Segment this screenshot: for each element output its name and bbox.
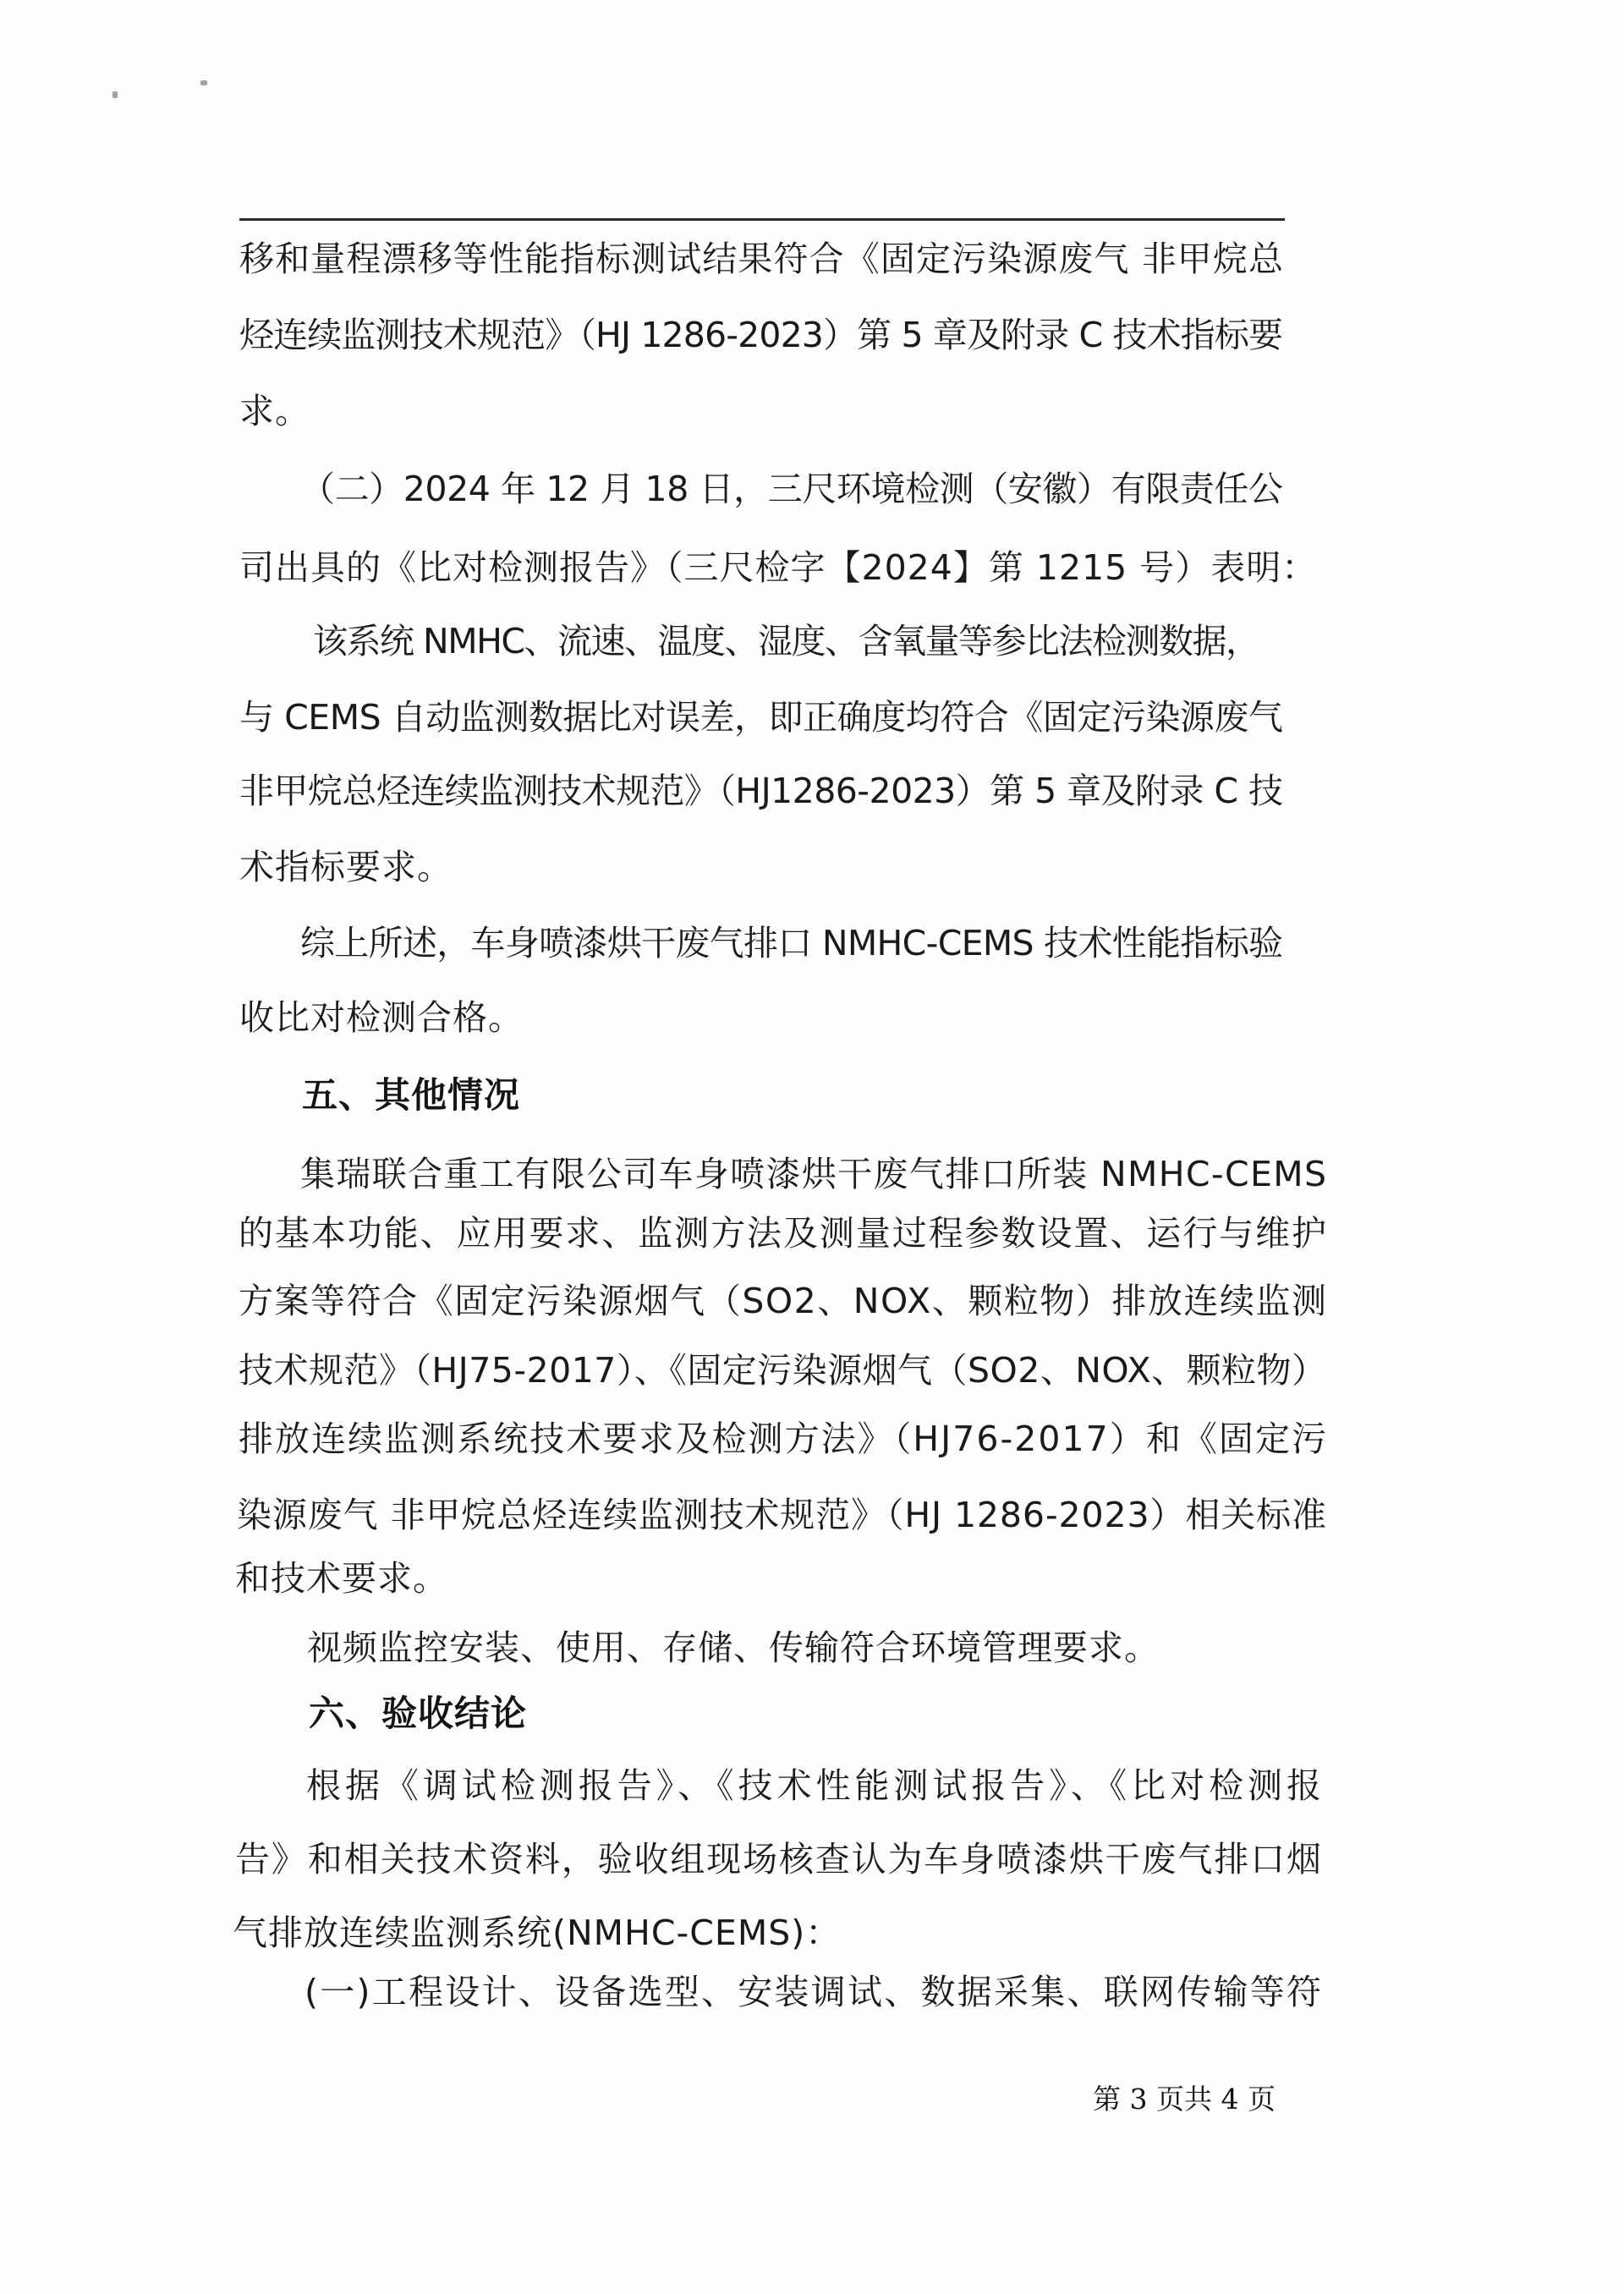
body-text-line: 根据《调试检测报告》、《技术性能测试报告》、《比对检测报 (306, 1766, 1325, 1805)
body-text-line: 司出具的《比对检测报告》（三尺检字【2024】第 1215 号）表明： (239, 548, 1317, 587)
body-text-line: 烃连续监测技术规范》（HJ 1286-2023）第 5 章及附录 C 技术指标要 (239, 316, 1282, 354)
scan-speck (200, 80, 207, 85)
body-text-line: 与 CEMS 自动监测数据比对误差，即正确度均符合《固定污染源废气 (239, 698, 1283, 737)
body-text-line: 集瑞联合重工有限公司车身喷漆烘干废气排口所装 NMHC-CEMS (300, 1155, 1327, 1194)
body-text-line: 气排放连续监测系统(NMHC-CEMS)： (233, 1913, 841, 1952)
body-text-line: 告》和相关技术资料，验收组现场核查认为车身喷漆烘干废气排口烟 (235, 1840, 1323, 1879)
body-text-line: 排放连续监测系统技术要求及检测方法》（HJ76-2017）和《固定污 (239, 1419, 1328, 1458)
body-text-line: 和技术要求。 (235, 1559, 448, 1598)
body-text-line: 移和量程漂移等性能指标测试结果符合《固定污染源废气 非甲烷总 (239, 239, 1284, 278)
body-text-line: 的基本功能、应用要求、监测方法及测量过程参数设置、运行与维护 (239, 1214, 1328, 1253)
body-text-line: 非甲烷总烃连续监测技术规范》（HJ1286-2023）第 5 章及附录 C 技 (239, 771, 1282, 810)
scan-speck (112, 91, 118, 98)
body-text-line: 收比对检测合格。 (239, 998, 524, 1037)
body-text-line: 视频监控安装、使用、存储、传输符合环境管理要求。 (307, 1628, 1160, 1667)
body-text-line: 技术规范》（HJ75-2017）、《固定污染源烟气（SO2、NOX、颗粒物） (239, 1351, 1326, 1390)
section-heading: 六、验收结论 (309, 1694, 527, 1733)
body-text-line: 术指标要求。 (239, 848, 453, 886)
body-text-line: 方案等符合《固定污染源烟气（SO2、NOX、颗粒物）排放连续监测 (239, 1281, 1328, 1320)
body-text-line: 综上所述，车身喷漆烘干废气排口 NMHC-CEMS 技术性能指标验 (300, 924, 1282, 963)
body-text-line: 求。 (239, 392, 310, 431)
body-text-line: 该系统 NMHC、流速、温度、湿度、含氧量等参比法检测数据， (313, 622, 1259, 661)
page-indicator: 第 3 页共 4 页 (1093, 2081, 1276, 2118)
body-text-line: （二）2024 年 12 月 18 日，三尺环境检测（安徽）有限责任公 (300, 469, 1283, 508)
body-text-line: 染源废气 非甲烷总烃连续监测技术规范》（HJ 1286-2023）相关标准 (237, 1495, 1327, 1534)
section-heading: 五、其他情况 (302, 1076, 520, 1115)
body-text-line: (一)工程设计、设备选型、安装调试、数据采集、联网传输等符 (304, 1973, 1323, 2011)
document-page: 移和量程漂移等性能指标测试结果符合《固定污染源废气 非甲烷总烃连续监测技术规范》… (0, 0, 1624, 2294)
header-rule (239, 218, 1285, 221)
